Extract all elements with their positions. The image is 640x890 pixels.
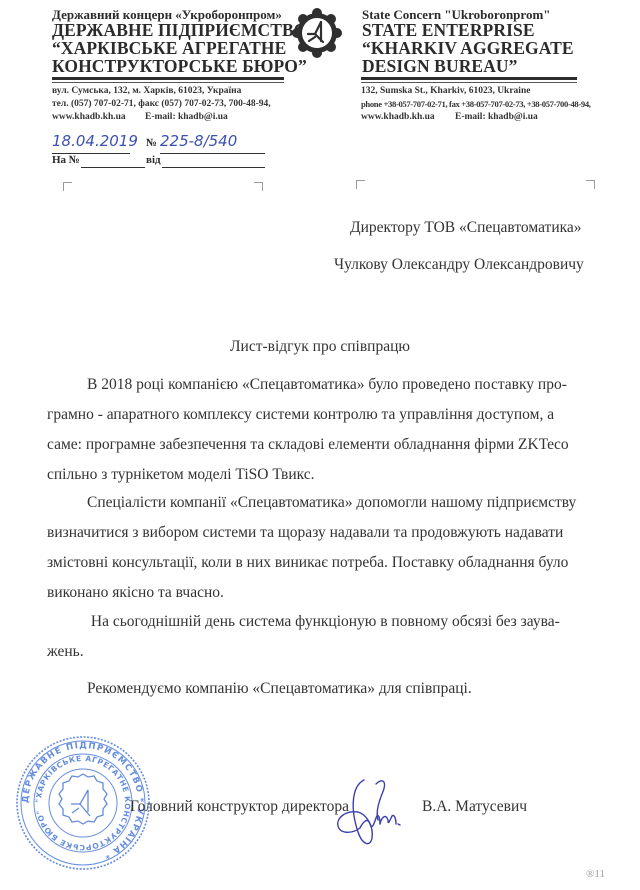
letterhead-en-rule [361,77,577,80]
paragraph-2-line-4: виконано якісно та вчасно. [47,581,597,605]
reply-number-field [81,167,145,168]
letter-title: Лист-відгук про співпрацю [0,335,640,359]
corner-bracket-right-top-left [356,180,365,189]
letterhead-ua-rule [52,77,284,80]
letterhead-en-rule-thin [361,82,577,83]
letterhead-en-phone: phone +38-057-707-02-71, fax +38-057-707… [361,97,591,111]
letterhead-ua-website: www.khadb.kh.ua [52,110,126,124]
letterhead-ua-address: вул. Сумська, 132, м. Харків, 61023, Укр… [52,84,241,98]
letterhead-ua-phone: тел. (057) 707-02-71, факс (057) 707-02-… [52,97,271,111]
paragraph-2-line-3: змістовні консультації, коли в них виник… [47,551,597,575]
letterhead-ua-line1: ДЕРЖАВНЕ ПІДПРИЄМСТВО [52,21,308,39]
paragraph-2: Спеціалісти компанії «Спецавтоматика» до… [47,491,597,605]
outgoing-number-field: 225-8/540 [160,134,265,154]
addressee-line2: Чулкову Олександру Олександровичу [334,253,584,277]
addressee-line1: Директору ТОВ «Спецавтоматика» [350,216,582,240]
corner-bracket-right-top-right [586,180,595,189]
outgoing-date: 18.04.2019 [52,132,138,150]
paragraph-1: В 2018 році компанією «Спецавтоматика» б… [47,373,597,487]
paragraph-2-line-2: визначитися з вибором системи та щоразу … [47,521,597,545]
outgoing-date-field: 18.04.2019 [52,134,130,154]
letterhead-ua-email: E-mail: khadb@i.ua [145,110,228,124]
letterhead-en-line1: STATE ENTERPRISE [362,21,535,39]
outgoing-number: 225-8/540 [160,132,237,150]
paragraph-2-line-1: Спеціалісти компанії «Спецавтоматика» до… [47,491,597,515]
letterhead-ua-line3: КОНСТРУКТОРСЬКЕ БЮРО” [52,57,307,75]
gear-emblem-icon [292,8,342,58]
paragraph-3: На сьогоднішній день система функціоную … [47,610,597,664]
letterhead-en-email: E-mail: khadb@i.ua [455,110,538,124]
letterhead-en-line3: DESIGN BUREAU” [362,57,518,75]
signatory-name: В.А. Матусевич [422,795,527,819]
letterhead-ua-line2: “ХАРКІВСЬКЕ АГРЕГАТНЕ [52,39,286,57]
handwritten-signature-icon [330,774,410,856]
footer-mark: ®11 [586,868,605,880]
letterhead-ua-rule-thin [52,82,284,83]
paragraph-3-line-2: жень. [47,640,597,664]
paragraph-1-line-2: грамно - апаратного комплексу системи ко… [47,403,597,427]
signatory-position: Головний конструктор директора [130,795,349,819]
letterhead-en-address: 132, Sumska St., Kharkiv, 61023, Ukraine [361,84,530,98]
letterhead-en-line2: “KHARKIV AGGREGATE [362,39,574,57]
paragraph-1-line-3: саме: програмне забезпечення та складові… [47,433,597,457]
outgoing-number-label: № [146,137,157,149]
letterhead-en-website: www.khadb.kh.ua [361,110,435,124]
paragraph-4: Рекомендуємо компанію «Спецавтоматика» д… [47,677,597,701]
reply-number-label: На № [52,154,80,166]
paragraph-4-line-1: Рекомендуємо компанію «Спецавтоматика» д… [47,677,597,701]
corner-bracket-left-top-right [254,182,263,191]
corner-bracket-left-top-left [63,182,72,191]
paragraph-3-line-1: На сьогоднішній день система функціоную … [47,610,597,634]
paragraph-1-line-4: спільно з турнікетом моделі TiSO Твикс. [47,463,597,487]
paragraph-1-line-1: В 2018 році компанією «Спецавтоматика» б… [47,373,597,397]
reply-date-field [162,167,265,168]
reply-date-label: від [146,154,161,166]
